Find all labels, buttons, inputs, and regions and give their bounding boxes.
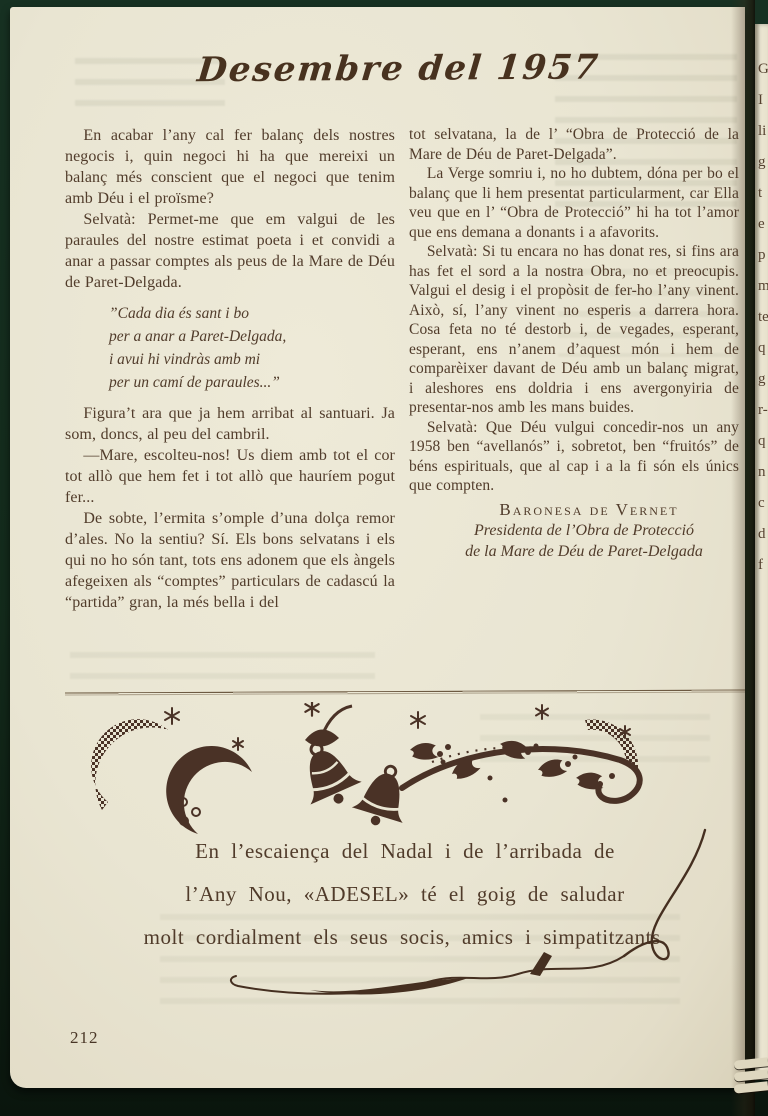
book-gutter: [731, 0, 755, 1116]
paragraph: Selvatà: Permet-me que em valgui de les …: [65, 209, 395, 293]
page-stack-corner: [734, 1056, 768, 1102]
poem-line: i avui hi vindràs amb mi: [109, 348, 395, 371]
paragraph: Selvatà: Que Déu vulgui concedir-nos un …: [409, 418, 739, 496]
paragraph: tot selvatana, la de l’ “Obra de Protecc…: [409, 125, 739, 164]
article-signature: Baronesa de Vernet Presidenta de l’Obra …: [409, 500, 739, 562]
page-number: 212: [70, 1028, 99, 1048]
greeting-line: l’Any Nou, «ADESEL» té el goig de saluda…: [102, 873, 708, 916]
signature-role: de la Mare de Déu de Paret-Delgada: [429, 541, 739, 562]
greeting-line: En l’escaiença del Nadal i de l’arribada…: [102, 830, 708, 873]
right-column: tot selvatana, la de l’ “Obra de Protecc…: [409, 125, 739, 688]
paragraph: —Mare, escolteu-nos! Us diem amb tot el …: [65, 445, 395, 508]
paragraph: Figura’t ara que ja hem arribat al santu…: [65, 403, 395, 445]
paragraph: En acabar l’any cal fer balanç dels nost…: [65, 125, 395, 209]
greeting-line: molt cordialment els seus socis, amics i…: [102, 916, 708, 959]
signature-role: Presidenta de l’Obra de Protecció: [429, 520, 739, 541]
poem-line: ”Cada dia és sant i bo: [109, 302, 395, 325]
poem-quote: ”Cada dia és sant i bo per a anar a Pare…: [109, 302, 395, 394]
magazine-page: Desembre del 1957 En acabar l’any cal fe…: [10, 7, 745, 1088]
poem-line: per a anar a Paret-Delgada,: [109, 325, 395, 348]
paragraph: De sobte, l’ermita s’omple d’una dolça r…: [65, 508, 395, 613]
open-book-photo: Desembre del 1957 En acabar l’any cal fe…: [0, 0, 768, 1116]
left-column: En acabar l’any cal fer balanç dels nost…: [65, 125, 395, 688]
paragraph: La Verge somriu i, no ho dubtem, dóna pe…: [409, 164, 739, 242]
greeting-message: En l’escaiença del Nadal i de l’arribada…: [102, 830, 708, 959]
page-title: Desembre del 1957: [8, 46, 747, 91]
section-divider: [65, 690, 745, 696]
poem-line: per un camí de paraules...”: [109, 371, 395, 394]
paragraph: Selvatà: Si tu encara no has donat res, …: [409, 242, 739, 418]
signature-name: Baronesa de Vernet: [439, 500, 739, 520]
facing-page-sliver: G I li g t e p m te q g r- q n c d f: [755, 24, 768, 1080]
article-body: En acabar l’any cal fer balanç dels nost…: [65, 125, 739, 688]
